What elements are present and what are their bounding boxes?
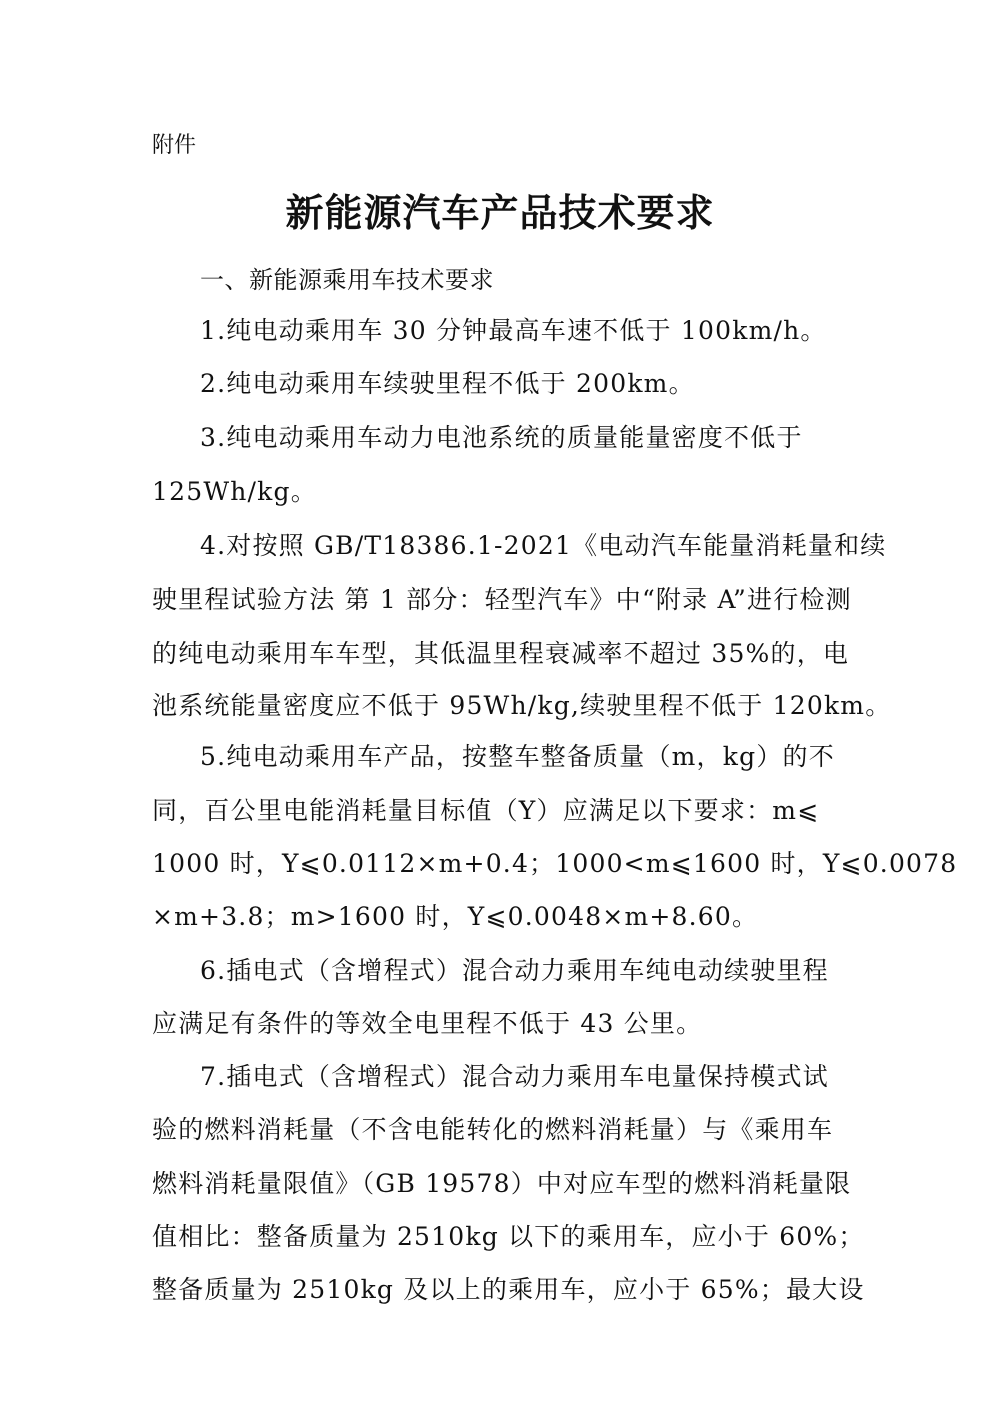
paragraph-line: 驶里程试验方法 第 1 部分：轻型汽车》中“附录 A”进行检测	[152, 582, 852, 618]
paragraph-line: 125Wh/kg。	[152, 474, 852, 510]
paragraph-line: 3.纯电动乘用车动力电池系统的质量能量密度不低于	[200, 420, 852, 456]
paragraph-line: 验的燃料消耗量（不含电能转化的燃料消耗量）与《乘用车	[152, 1112, 852, 1148]
paragraph-line: 7.插电式（含增程式）混合动力乘用车电量保持模式试	[200, 1059, 852, 1095]
paragraph-line: 4.对按照 GB/T18386.1-2021《电动汽车能量消耗量和续	[200, 528, 852, 564]
paragraph-line: 2.纯电动乘用车续驶里程不低于 200km。	[200, 366, 852, 402]
section-heading: 一、新能源乘用车技术要求	[200, 262, 494, 298]
paragraph-line: 应满足有条件的等效全电里程不低于 43 公里。	[152, 1006, 852, 1042]
paragraph-line: 值相比：整备质量为 2510kg 以下的乘用车，应小于 60%；	[152, 1219, 852, 1255]
attachment-label: 附件	[152, 130, 196, 162]
paragraph-line: 5.纯电动乘用车产品，按整车整备质量（m，kg）的不	[200, 739, 852, 775]
paragraph-line: 整备质量为 2510kg 及以上的乘用车，应小于 65%；最大设	[152, 1272, 852, 1308]
paragraph-line: 池系统能量密度应不低于 95Wh/kg,续驶里程不低于 120km。	[152, 688, 852, 724]
document-page: 附件 新能源汽车产品技术要求 一、新能源乘用车技术要求 1.纯电动乘用车 30 …	[0, 0, 1000, 1415]
paragraph-line: 1.纯电动乘用车 30 分钟最高车速不低于 100km/h。	[200, 313, 852, 349]
paragraph-line: 6.插电式（含增程式）混合动力乘用车纯电动续驶里程	[200, 953, 852, 989]
paragraph-line: 燃料消耗量限值》（GB 19578）中对应车型的燃料消耗量限	[152, 1166, 852, 1202]
paragraph-line: 1000 时，Y⩽0.0112×m+0.4；1000<m⩽1600 时，Y⩽0.…	[152, 846, 852, 882]
paragraph-line: 的纯电动乘用车车型，其低温里程衰减率不超过 35%的，电	[152, 636, 852, 672]
paragraph-line: 同，百公里电能消耗量目标值（Y）应满足以下要求：m⩽	[152, 793, 852, 829]
document-title: 新能源汽车产品技术要求	[0, 188, 1000, 238]
paragraph-line: ×m+3.8；m>1600 时，Y⩽0.0048×m+8.60。	[152, 899, 852, 935]
